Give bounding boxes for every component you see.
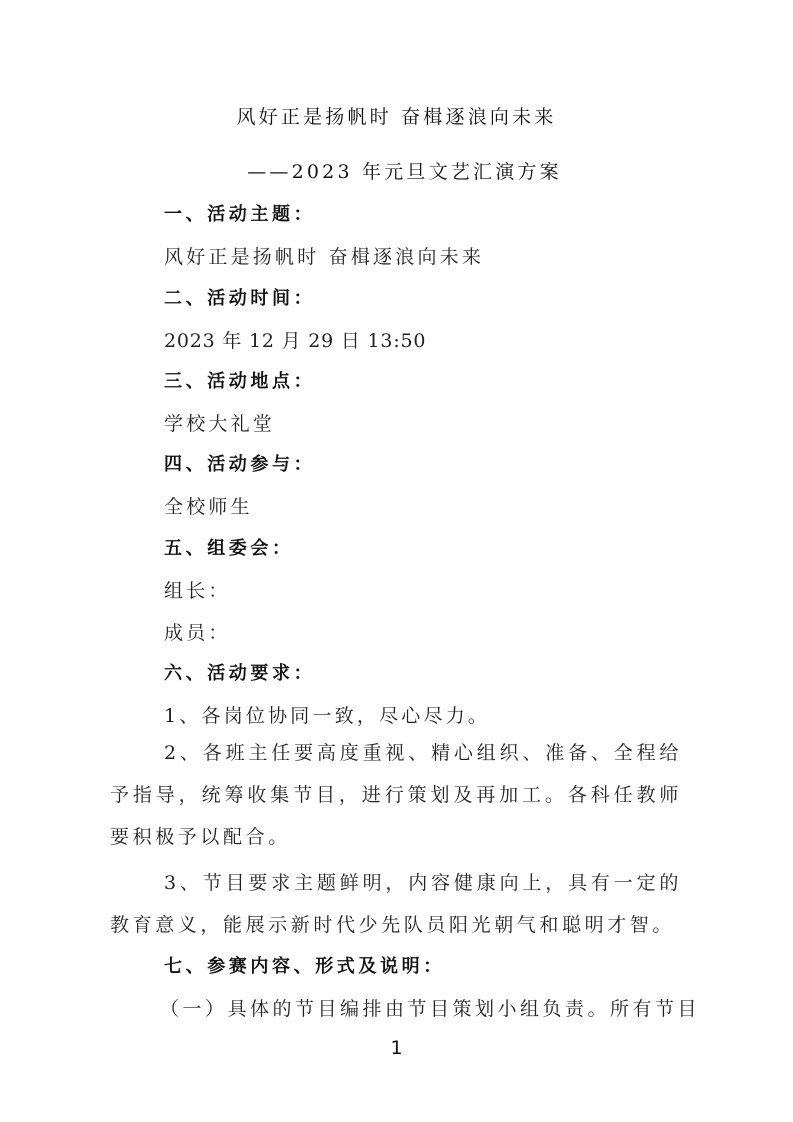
requirement-item-3-text: 3、节目要求主题鲜明，内容健康向上，具有一定的教育意义，能展示新时代少先队员阳光… bbox=[110, 872, 682, 936]
section-content-theme: 风好正是扬帆时 奋楫逐浪向未来 bbox=[164, 245, 484, 269]
section-heading-requirements: 六、活动要求： bbox=[164, 662, 315, 686]
document-title: 风好正是扬帆时 奋楫逐浪向未来 bbox=[0, 105, 793, 129]
section-heading-theme: 一、活动主题： bbox=[164, 203, 315, 227]
requirement-item-3: 3、节目要求主题鲜明，内容健康向上，具有一定的教育意义，能展示新时代少先队员阳光… bbox=[110, 863, 682, 947]
requirement-item-2-text: 2、各班主任要高度重视、精心组织、准备、全程给予指导，统筹收集节目，进行策划及再… bbox=[110, 742, 682, 848]
section-content-participants: 全校师生 bbox=[164, 495, 253, 519]
section-heading-participants: 四、活动参与： bbox=[164, 453, 315, 477]
page-number: 1 bbox=[0, 1037, 793, 1059]
contest-item-1: （一）具体的节目编排由节目策划小组负责。所有节目 bbox=[160, 997, 700, 1021]
section-content-location: 学校大礼堂 bbox=[164, 412, 275, 436]
section-content-time: 2023 年 12 月 29 日 13:50 bbox=[164, 329, 426, 353]
section-heading-committee: 五、组委会： bbox=[164, 537, 294, 561]
committee-members-label: 成员： bbox=[164, 621, 231, 645]
section-heading-contest: 七、参赛内容、形式及说明： bbox=[164, 955, 445, 979]
section-heading-location: 三、活动地点： bbox=[164, 370, 315, 394]
requirement-item-1: 1、各岗位协同一致，尽心尽力。 bbox=[164, 704, 490, 728]
requirement-item-2: 2、各班主任要高度重视、精心组织、准备、全程给予指导，统筹收集节目，进行策划及再… bbox=[110, 733, 682, 858]
committee-leader-label: 组长： bbox=[164, 579, 231, 603]
document-subtitle: ——2023 年元旦文艺汇演方案 bbox=[8, 160, 793, 184]
section-heading-time: 二、活动时间： bbox=[164, 287, 315, 311]
